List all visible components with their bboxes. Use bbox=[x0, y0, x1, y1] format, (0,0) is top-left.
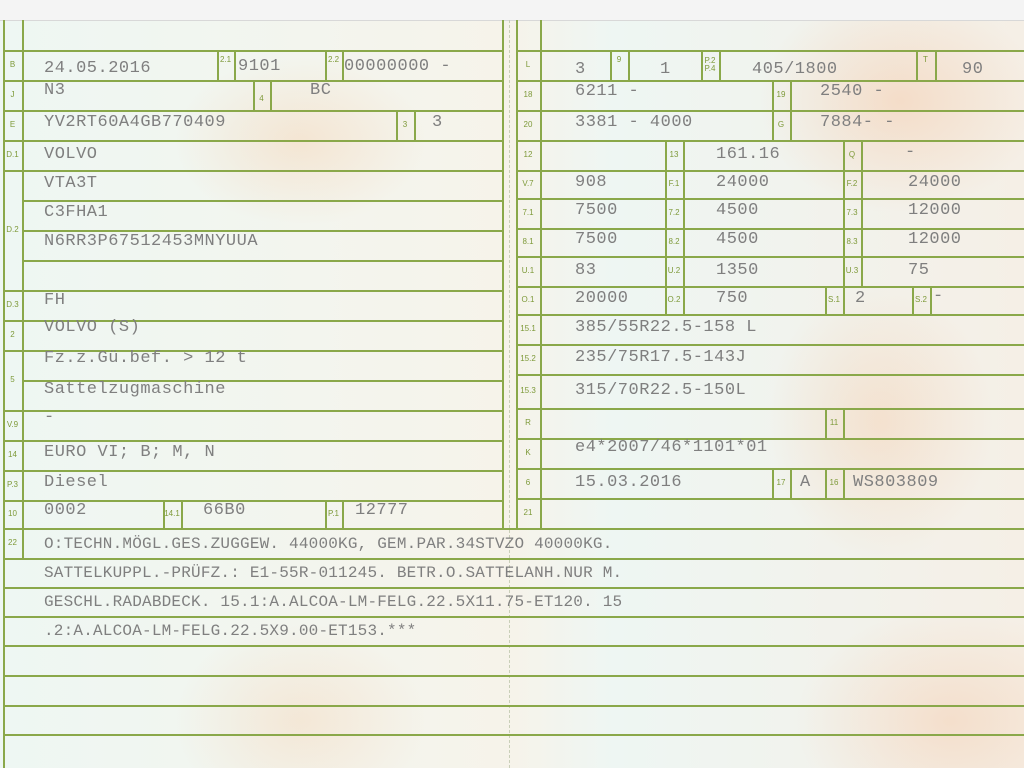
field-T: 90 bbox=[962, 61, 983, 78]
label-K: K bbox=[516, 438, 540, 468]
field-2-manufacturer: VOLVO (S) bbox=[44, 319, 140, 336]
field-3: 3 bbox=[432, 114, 443, 131]
field-18: 6211 - bbox=[575, 83, 639, 100]
field-Q: - bbox=[905, 144, 916, 161]
field-U2: 1350 bbox=[716, 262, 759, 279]
field-G: 7884- - bbox=[820, 114, 895, 131]
label-7-2: 7.2 bbox=[665, 198, 683, 228]
label-7-1: 7.1 bbox=[516, 198, 540, 228]
field-15-1-tyre: 385/55R22.5-158 L bbox=[575, 319, 757, 336]
field-D2-line3: N6RR3P67512453MNYUUA bbox=[44, 233, 258, 250]
label-J: J bbox=[3, 80, 22, 110]
label-S2: S.2 bbox=[912, 286, 930, 314]
field-V7: 908 bbox=[575, 174, 607, 191]
field-F2: 24000 bbox=[908, 174, 962, 191]
label-V9: V.9 bbox=[3, 410, 22, 440]
label-Q: Q bbox=[843, 140, 861, 170]
label-2-1: 2.1 bbox=[217, 50, 234, 70]
field-9: 1 bbox=[660, 61, 671, 78]
label-4: 4 bbox=[253, 88, 270, 110]
label-20: 20 bbox=[516, 110, 540, 140]
field-15-3-tyre: 315/70R22.5-150L bbox=[575, 382, 746, 399]
label-11: 11 bbox=[825, 408, 843, 438]
field-D2-line2: C3FHA1 bbox=[44, 204, 108, 221]
field-4: BC bbox=[310, 82, 331, 99]
remarks-line-3: GESCHL.RADABDECK. 15.1:A.ALCOA-LM-FELG.2… bbox=[44, 593, 622, 611]
label-P2-P4: P.2P.4 bbox=[701, 52, 719, 78]
label-2: 2 bbox=[3, 320, 22, 350]
label-17: 17 bbox=[772, 468, 790, 498]
label-D3: D.3 bbox=[3, 290, 22, 320]
field-E-vin: YV2RT60A4GB770409 bbox=[44, 114, 226, 131]
field-15-2-tyre: 235/75R17.5-143J bbox=[575, 349, 746, 366]
label-12: 12 bbox=[516, 140, 540, 170]
label-L: L bbox=[516, 50, 540, 80]
label-9: 9 bbox=[610, 50, 628, 70]
label-B: B bbox=[3, 50, 22, 80]
field-16: WS803809 bbox=[853, 474, 939, 491]
field-D3: FH bbox=[44, 292, 65, 309]
field-6-date: 15.03.2016 bbox=[575, 474, 682, 491]
field-B-date: 24.05.2016 bbox=[44, 60, 151, 77]
label-T: T bbox=[916, 50, 935, 70]
field-8-3: 12000 bbox=[908, 231, 962, 248]
label-8-2: 8.2 bbox=[665, 228, 683, 256]
label-3: 3 bbox=[396, 110, 414, 140]
field-14-1: 66B0 bbox=[203, 502, 246, 519]
label-15-3: 15.3 bbox=[516, 374, 540, 408]
field-2-1: 9101 bbox=[238, 58, 281, 75]
label-7-3: 7.3 bbox=[843, 198, 861, 228]
field-8-2: 4500 bbox=[716, 231, 759, 248]
label-E: E bbox=[3, 110, 22, 140]
fold-line bbox=[509, 20, 510, 768]
label-21: 21 bbox=[516, 498, 540, 528]
label-R: R bbox=[516, 408, 540, 438]
label-O2: O.2 bbox=[665, 286, 683, 314]
field-5-line1: Fz.z.Gü.bef. > 12 t bbox=[44, 350, 247, 367]
label-U2: U.2 bbox=[665, 256, 683, 286]
label-8-3: 8.3 bbox=[843, 228, 861, 256]
label-14-1: 14.1 bbox=[163, 500, 181, 528]
field-7-3: 12000 bbox=[908, 202, 962, 219]
field-O2: 750 bbox=[716, 290, 748, 307]
label-2-2: 2.2 bbox=[325, 50, 342, 70]
field-V9: - bbox=[44, 409, 55, 426]
label-6: 6 bbox=[516, 468, 540, 498]
label-22: 22 bbox=[3, 528, 22, 558]
label-15-2: 15.2 bbox=[516, 344, 540, 374]
label-S1: S.1 bbox=[825, 286, 843, 314]
field-7-2: 4500 bbox=[716, 202, 759, 219]
label-D1: D.1 bbox=[3, 140, 22, 170]
label-P1: P.1 bbox=[325, 500, 342, 528]
label-P3: P.3 bbox=[3, 470, 22, 500]
remarks-line-4: .2:A.ALCOA-LM-FELG.22.5X9.00-ET153.*** bbox=[44, 622, 416, 640]
remarks-line-2: SATTELKUPPL.-PRÜFZ.: E1-55R-011245. BETR… bbox=[44, 564, 622, 582]
field-2-2: 00000000 - bbox=[344, 58, 451, 75]
field-7-1: 7500 bbox=[575, 202, 618, 219]
field-P2-P4: 405/1800 bbox=[752, 61, 838, 78]
field-F1: 24000 bbox=[716, 174, 770, 191]
field-10: 0002 bbox=[44, 502, 87, 519]
label-14: 14 bbox=[3, 440, 22, 470]
label-16: 16 bbox=[825, 468, 843, 498]
field-19: 2540 - bbox=[820, 83, 884, 100]
label-G: G bbox=[772, 110, 790, 140]
label-F2: F.2 bbox=[843, 170, 861, 198]
label-F1: F.1 bbox=[665, 170, 683, 198]
field-17: A bbox=[800, 474, 811, 491]
field-U1: 83 bbox=[575, 262, 596, 279]
field-S1: 2 bbox=[855, 290, 866, 307]
field-S2: - bbox=[933, 288, 944, 305]
label-15-1: 15.1 bbox=[516, 314, 540, 344]
label-D2: D.2 bbox=[3, 170, 22, 290]
label-10: 10 bbox=[3, 500, 22, 528]
field-L: 3 bbox=[575, 61, 586, 78]
label-O1: O.1 bbox=[516, 286, 540, 314]
field-K-approval: e4*2007/46*1101*01 bbox=[575, 439, 768, 456]
field-5-line2: Sattelzugmaschine bbox=[44, 381, 226, 398]
field-P1: 12777 bbox=[355, 502, 409, 519]
field-20: 3381 - 4000 bbox=[575, 114, 693, 131]
field-O1: 20000 bbox=[575, 290, 629, 307]
field-D2-line1: VTA3T bbox=[44, 175, 98, 192]
label-U3: U.3 bbox=[843, 256, 861, 286]
label-19: 19 bbox=[772, 80, 790, 110]
label-5: 5 bbox=[3, 350, 22, 410]
field-J: N3 bbox=[44, 82, 65, 99]
field-8-1: 7500 bbox=[575, 231, 618, 248]
label-8-1: 8.1 bbox=[516, 228, 540, 256]
field-D1: VOLVO bbox=[44, 146, 98, 163]
field-14-emission: EURO VI; B; M, N bbox=[44, 444, 215, 461]
field-P3-fuel: Diesel bbox=[44, 474, 108, 491]
field-13: 161.16 bbox=[716, 146, 780, 163]
label-U1: U.1 bbox=[516, 256, 540, 286]
label-13: 13 bbox=[665, 140, 683, 170]
label-18: 18 bbox=[516, 80, 540, 110]
field-U3: 75 bbox=[908, 262, 929, 279]
remarks-line-1: O:TECHN.MÖGL.GES.ZUGGEW. 44000KG, GEM.PA… bbox=[44, 535, 613, 553]
label-V7: V.7 bbox=[516, 170, 540, 198]
